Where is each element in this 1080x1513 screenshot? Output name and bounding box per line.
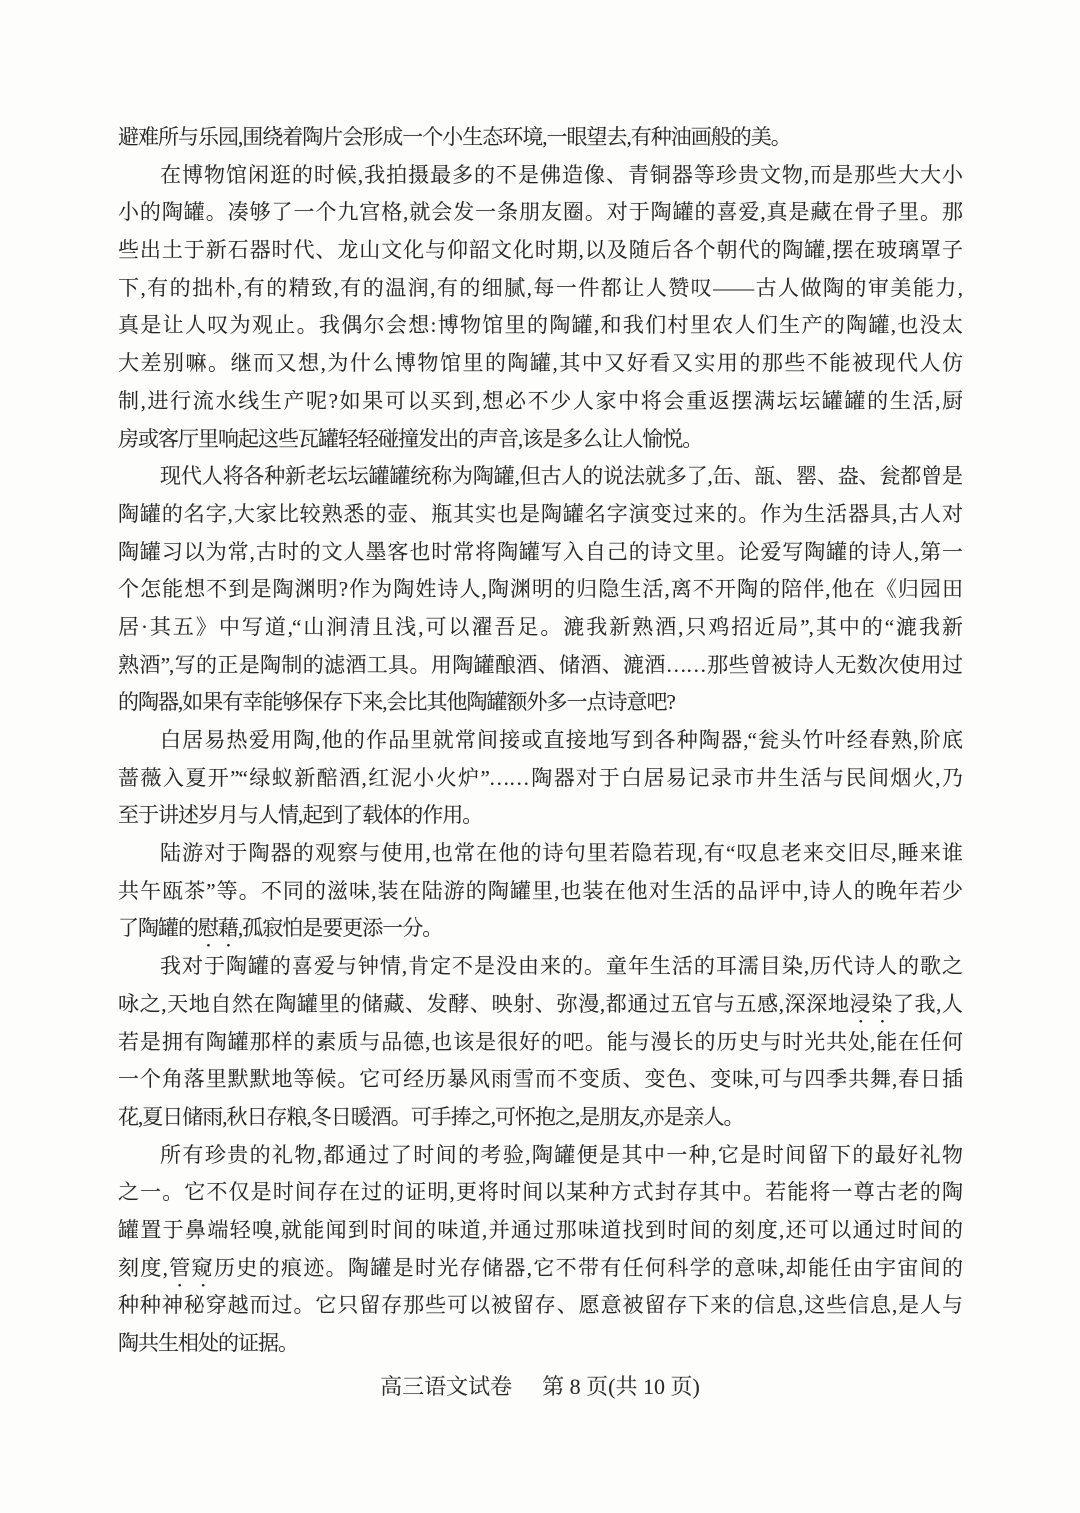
text-run: 共午瓯茶”等。不同的滋味,装在陆游的陶罐里,也装在他对生活的品评中,诗人的晚年若… (118, 879, 962, 903)
text-run: 陆游对于陶器的观察与使用,也常在他的诗句里若隐若现,有“叹息老来交旧尽,睡来谁 (160, 841, 962, 865)
essay-line: 我对于陶罐的喜爱与钟情,肯定不是没由来的。童年生活的耳濡目染,历代诗人的歌之 (118, 948, 962, 986)
essay-line: 居·其五》中写道,“山涧清且浅,可以濯吾足。漉我新熟酒,只鸡招近局”,其中的“漉… (118, 609, 962, 647)
text-run: 种种神秘穿越而过。它只留存那些可以被留存、愿意被留存下来的信息,这些信息,是人与 (118, 1293, 962, 1317)
emphasized-text: 管窥 (167, 1256, 214, 1280)
emphasized-text: 浸染 (850, 992, 893, 1016)
essay-line: 共午瓯茶”等。不同的滋味,装在陆游的陶罐里,也装在他对生活的品评中,诗人的晚年若… (118, 873, 962, 911)
page-footer: 高三语文试卷第 8 页(共 10 页) (0, 1370, 1080, 1401)
essay-line: 至于讲述岁月与人情,起到了载体的作用。 (118, 797, 962, 835)
exam-paper-page: 避难所与乐园,围绕着陶片会形成一个小生态环境,一眼望去,有种油画般的美。在博物馆… (0, 0, 1080, 1513)
emphasized-text: 慰藉 (198, 916, 238, 940)
text-run: 房或客厅里响起这些瓦罐轻轻碰撞发出的声音,该是多么让人愉悦。 (118, 427, 702, 451)
essay-line: 现代人将各种新老坛坛罐罐统称为陶罐,但古人的说法就多了,缶、瓿、罂、盎、瓮都曾是 (118, 458, 962, 496)
essay-line: 蔷薇入夏开”“绿蚁新醅酒,红泥小火炉”……陶器对于白居易记录市井生活与民间烟火,… (118, 760, 962, 798)
text-run: 我对于陶罐的喜爱与钟情,肯定不是没由来的。童年生活的耳濡目染,历代诗人的歌之 (160, 954, 962, 978)
essay-line: 个怎能想不到是陶渊明?作为陶姓诗人,陶渊明的归隐生活,离不开陶的陪伴,他在《归园… (118, 571, 962, 609)
text-run: 的陶器,如果有幸能够保存下来,会比其他陶罐额外多一点诗意吧? (118, 690, 675, 714)
essay-line: 陶罐的名字,大家比较熟悉的壶、瓶其实也是陶罐名字演变过来的。作为生活器具,古人对 (118, 496, 962, 534)
text-run: 历史的痕迹。陶罐是时光存储器,它不带有任何科学的意味,却能任由宇宙间的 (214, 1256, 962, 1280)
text-run: 罐置于鼻端轻嗅,就能闻到时间的味道,并通过那味道找到时间的刻度,还可以通过时间的 (118, 1218, 962, 1242)
text-run: 之一。它不仅是时间存在过的证明,更将时间以某种方式封存其中。若能将一尊古老的陶 (118, 1180, 962, 1204)
text-run: 蔷薇入夏开”“绿蚁新醅酒,红泥小火炉”……陶器对于白居易记录市井生活与民间烟火,… (118, 766, 962, 790)
text-run: 所有珍贵的礼物,都通过了时间的考验,陶罐便是其中一种,它是时间留下的最好礼物 (160, 1143, 962, 1167)
text-run: 些出土于新石器时代、龙山文化与仰韶文化时期,以及随后各个朝代的陶罐,摆在玻璃罩子 (118, 238, 962, 262)
text-run: 了陶罐的 (118, 916, 198, 940)
essay-line: 房或客厅里响起这些瓦罐轻轻碰撞发出的声音,该是多么让人愉悦。 (118, 421, 962, 459)
essay-line: 小的陶罐。凑够了一个九宫格,就会发一条朋友圈。对于陶罐的喜爱,真是藏在骨子里。那 (118, 194, 962, 232)
essay-line: 些出土于新石器时代、龙山文化与仰韶文化时期,以及随后各个朝代的陶罐,摆在玻璃罩子 (118, 232, 962, 270)
footer-exam-title: 高三语文试卷 (380, 1374, 512, 1399)
text-run: 刻度, (118, 1256, 167, 1280)
essay-line: 一个角落里默默地等候。它可经历暴风雨雪而不变质、变色、变味,可与四季共舞,春日插 (118, 1061, 962, 1099)
text-run: 陶共生相处的证据。 (118, 1331, 298, 1355)
essay-line: 的陶器,如果有幸能够保存下来,会比其他陶罐额外多一点诗意吧? (118, 684, 962, 722)
essay-line: 在博物馆闲逛的时候,我拍摄最多的不是佛造像、青铜器等珍贵文物,而是那些大大小 (118, 157, 962, 195)
essay-line: 刻度,管窥历史的痕迹。陶罐是时光存储器,它不带有任何科学的意味,却能任由宇宙间的 (118, 1250, 962, 1288)
text-run: 一个角落里默默地等候。它可经历暴风雨雪而不变质、变色、变味,可与四季共舞,春日插 (118, 1067, 962, 1091)
essay-line: 真是让人叹为观止。我偶尔会想:博物馆里的陶罐,和我们村里农人们生产的陶罐,也没太 (118, 307, 962, 345)
text-run: 大差别嘛。继而又想,为什么博物馆里的陶罐,其中又好看又实用的那些不能被现代人仿 (118, 351, 962, 375)
text-run: 白居易热爱用陶,他的作品里就常间接或直接地写到各种陶器,“瓮头竹叶经春熟,阶底 (160, 728, 962, 752)
text-run: 真是让人叹为观止。我偶尔会想:博物馆里的陶罐,和我们村里农人们生产的陶罐,也没太 (118, 313, 962, 337)
essay-line: 陶罐习以为常,古时的文人墨客也时常将陶罐写入自己的诗文里。论爱写陶罐的诗人,第一 (118, 534, 962, 572)
text-run: 咏之,天地自然在陶罐里的储藏、发酵、映射、弥漫,都通过五官与五感,深深地 (118, 992, 850, 1016)
text-run: 制,进行流水线生产呢?如果可以买到,想必不少人家中将会重返摆满坛坛罐罐的生活,厨 (118, 389, 962, 413)
essay-line: 白居易热爱用陶,他的作品里就常间接或直接地写到各种陶器,“瓮头竹叶经春熟,阶底 (118, 722, 962, 760)
essay-line: 大差别嘛。继而又想,为什么博物馆里的陶罐,其中又好看又实用的那些不能被现代人仿 (118, 345, 962, 383)
essay-line: 了陶罐的慰藉,孤寂怕是要更添一分。 (118, 910, 962, 948)
essay-line: 之一。它不仅是时间存在过的证明,更将时间以某种方式封存其中。若能将一尊古老的陶 (118, 1174, 962, 1212)
text-run: 陶罐习以为常,古时的文人墨客也时常将陶罐写入自己的诗文里。论爱写陶罐的诗人,第一 (118, 540, 962, 564)
text-run: 了我,人 (893, 992, 962, 1016)
essay-line: 罐置于鼻端轻嗅,就能闻到时间的味道,并通过那味道找到时间的刻度,还可以通过时间的 (118, 1212, 962, 1250)
text-run: ,孤寂怕是要更添一分。 (238, 916, 442, 940)
text-run: 现代人将各种新老坛坛罐罐统称为陶罐,但古人的说法就多了,缶、瓿、罂、盎、瓮都曾是 (160, 464, 962, 488)
text-run: 下,有的拙朴,有的精致,有的温润,有的细腻,每一件都让人赞叹——古人做陶的审美能… (118, 276, 962, 300)
essay-line: 所有珍贵的礼物,都通过了时间的考验,陶罐便是其中一种,它是时间留下的最好礼物 (118, 1137, 962, 1175)
text-run: 熟酒”,写的正是陶制的滤酒工具。用陶罐酿酒、储酒、漉酒……那些曾被诗人无数次使用… (118, 653, 962, 677)
essay-line: 陆游对于陶器的观察与使用,也常在他的诗句里若隐若现,有“叹息老来交旧尽,睡来谁 (118, 835, 962, 873)
text-run: 陶罐的名字,大家比较熟悉的壶、瓶其实也是陶罐名字演变过来的。作为生活器具,古人对 (118, 502, 962, 526)
text-run: 至于讲述岁月与人情,起到了载体的作用。 (118, 803, 482, 827)
essay-line: 避难所与乐园,围绕着陶片会形成一个小生态环境,一眼望去,有种油画般的美。 (118, 119, 962, 157)
text-run: 在博物馆闲逛的时候,我拍摄最多的不是佛造像、青铜器等珍贵文物,而是那些大大小 (160, 163, 962, 187)
essay-line: 若是拥有陶罐那样的素质与品德,也该是很好的吧。能与漫长的历史与时光共处,能在任何 (118, 1024, 962, 1062)
essay-line: 制,进行流水线生产呢?如果可以买到,想必不少人家中将会重返摆满坛坛罐罐的生活,厨 (118, 383, 962, 421)
essay-line: 花,夏日储雨,秋日存粮,冬日暖酒。可手捧之,可怀抱之,是朋友,亦是亲人。 (118, 1099, 962, 1137)
essay-body: 避难所与乐园,围绕着陶片会形成一个小生态环境,一眼望去,有种油画般的美。在博物馆… (118, 119, 962, 1363)
text-run: 居·其五》中写道,“山涧清且浅,可以濯吾足。漉我新熟酒,只鸡招近局”,其中的“漉… (118, 615, 962, 639)
text-run: 若是拥有陶罐那样的素质与品德,也该是很好的吧。能与漫长的历史与时光共处,能在任何 (118, 1030, 962, 1054)
footer-page-number: 第 8 页(共 10 页) (542, 1374, 700, 1399)
essay-line: 下,有的拙朴,有的精致,有的温润,有的细腻,每一件都让人赞叹——古人做陶的审美能… (118, 270, 962, 308)
text-run: 花,夏日储雨,秋日存粮,冬日暖酒。可手捧之,可怀抱之,是朋友,亦是亲人。 (118, 1105, 744, 1129)
text-run: 个怎能想不到是陶渊明?作为陶姓诗人,陶渊明的归隐生活,离不开陶的陪伴,他在《归园… (118, 577, 962, 601)
essay-line: 陶共生相处的证据。 (118, 1325, 962, 1363)
text-run: 避难所与乐园,围绕着陶片会形成一个小生态环境,一眼望去,有种油画般的美。 (118, 125, 791, 149)
essay-line: 咏之,天地自然在陶罐里的储藏、发酵、映射、弥漫,都通过五官与五感,深深地浸染了我… (118, 986, 962, 1024)
essay-line: 熟酒”,写的正是陶制的滤酒工具。用陶罐酿酒、储酒、漉酒……那些曾被诗人无数次使用… (118, 647, 962, 685)
essay-line: 种种神秘穿越而过。它只留存那些可以被留存、愿意被留存下来的信息,这些信息,是人与 (118, 1287, 962, 1325)
text-run: 小的陶罐。凑够了一个九宫格,就会发一条朋友圈。对于陶罐的喜爱,真是藏在骨子里。那 (118, 200, 962, 224)
